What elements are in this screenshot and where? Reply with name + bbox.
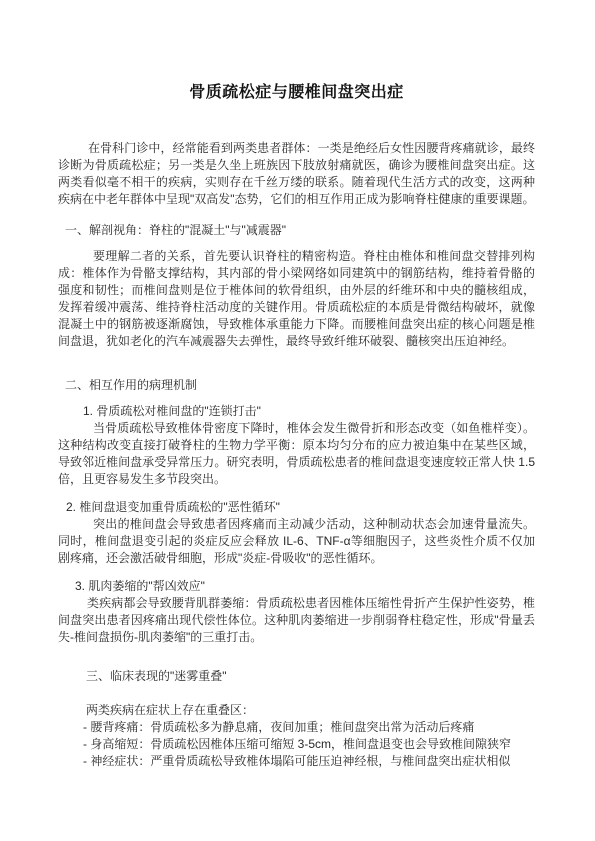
subsection-2-paragraph: 突出的椎间盘会导致患者因疼痛而主动减少活动，这种制动状态会加速骨量流失。同时，椎… [58,516,535,567]
subsection-2: 2. 椎间盘退变加重骨质疏松的"恶性循环" 突出的椎间盘会导致患者因疼痛而主动减… [58,499,535,567]
intro-paragraph: 在骨科门诊中，经常能看到两类患者群体：一类是绝经后女性因腰背疼痛就诊，最终诊断为… [58,140,535,208]
list-item: - 身高缩短：骨质疏松因椎体压缩可缩短 3-5cm，椎间盘退变也会导致椎间隙狭窄 [83,736,535,753]
list-item: - 神经症状：严重骨质疏松导致椎体塌陷可能压迫神经根，与椎间盘突出症状相似 [83,753,535,770]
symptom-overlap-list: - 腰背疼痛：骨质疏松多为静息痛，夜间加重；椎间盘突出常为活动后疼痛 - 身高缩… [58,719,535,770]
subsection-1: 1. 骨质疏松对椎间盘的"连锁打击" 当骨质疏松导致椎体骨密度下降时，椎体会发生… [58,403,535,488]
subsection-3-paragraph: 类疾病都会导致腰背肌群萎缩：骨质疏松患者因椎体压缩性骨折产生保护性姿势，椎间盘突… [58,595,535,646]
section-3-lead: 两类疾病在症状上存在重叠区： [58,702,535,719]
subsection-1-heading: 1. 骨质疏松对椎间盘的"连锁打击" [58,403,535,420]
document-page: 骨质疏松症与腰椎间盘突出症 在骨科门诊中，经常能看到两类患者群体：一类是绝经后女… [0,0,595,841]
section-1-paragraph: 要理解二者的关系，首先要认识脊柱的精密构造。脊柱由椎体和椎间盘交替排列构成：椎体… [58,248,535,350]
subsection-3: 3. 肌肉萎缩的"帮凶效应" 类疾病都会导致腰背肌群萎缩：骨质疏松患者因椎体压缩… [58,578,535,646]
list-item: - 腰背疼痛：骨质疏松多为静息痛，夜间加重；椎间盘突出常为活动后疼痛 [83,719,535,736]
subsection-1-paragraph: 当骨质疏松导致椎体骨密度下降时，椎体会发生微骨折和形态改变（如鱼椎样变）。这种结… [58,420,535,488]
subsection-2-heading: 2. 椎间盘退变加重骨质疏松的"恶性循环" [58,499,535,516]
section-2-heading: 二、相互作用的病理机制 [58,377,535,394]
section-1-heading: 一、解剖视角：脊柱的"混凝土"与"减震器" [58,222,535,239]
section-3-heading: 三、临床表现的"迷雾重叠" [58,668,535,685]
document-title: 骨质疏松症与腰椎间盘突出症 [58,84,535,102]
subsection-3-heading: 3. 肌肉萎缩的"帮凶效应" [58,578,535,595]
